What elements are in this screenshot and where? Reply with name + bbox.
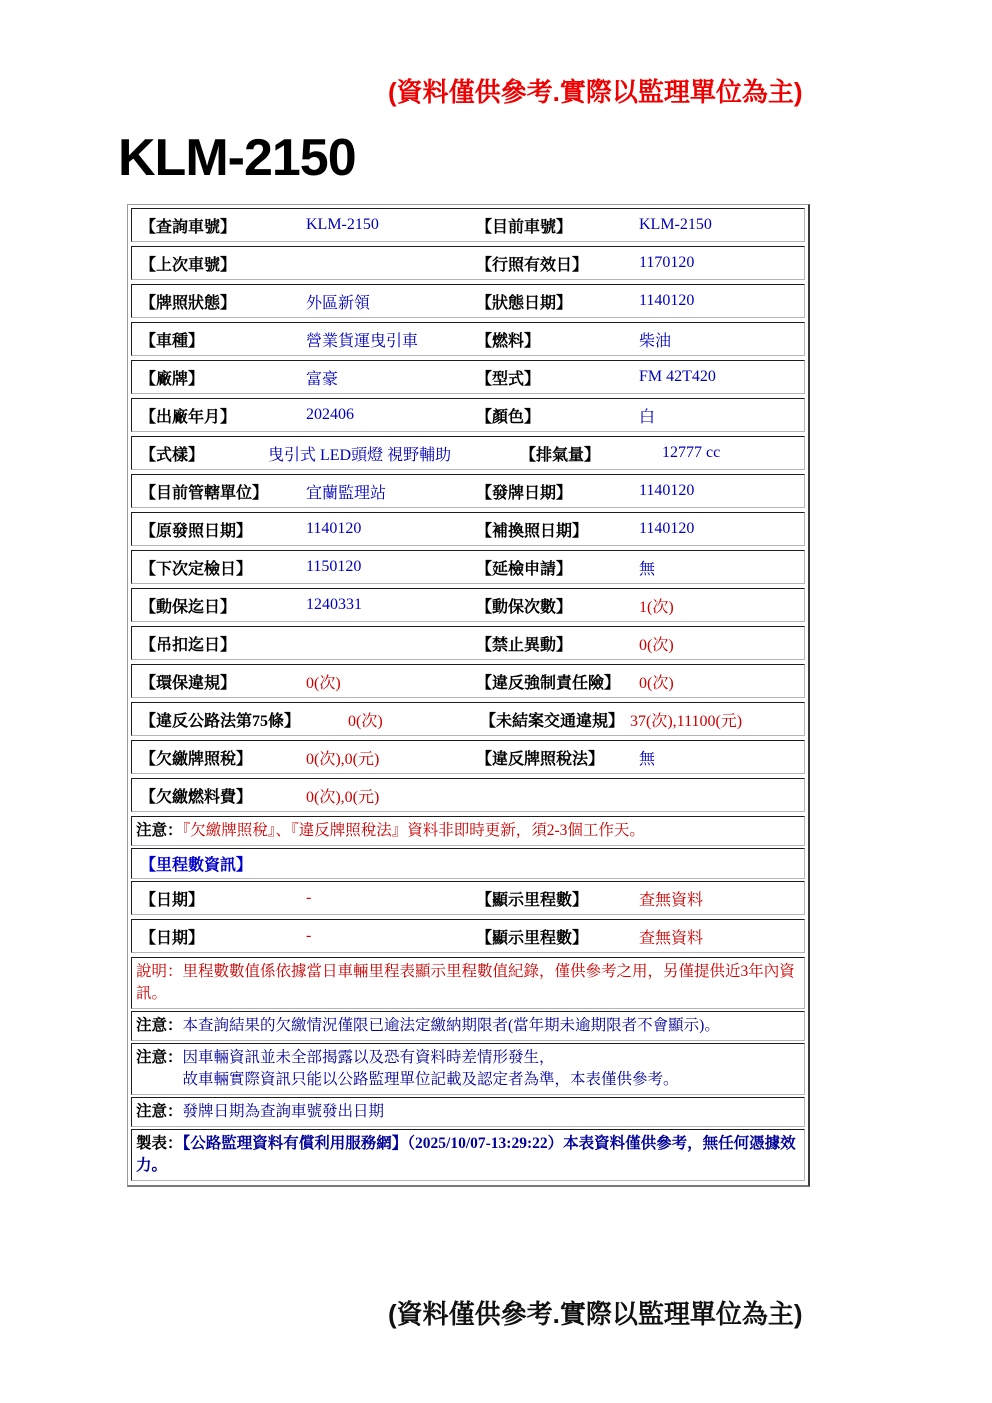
field-label: 【目前管轄單位】 (140, 480, 306, 503)
field-label: 【燃料】 (476, 328, 639, 351)
field-value: 1170120 (639, 254, 796, 272)
note-row: 製表：【公路監理資料有償利用服務網】（2025/10/07-13:29:22）本… (131, 1129, 805, 1181)
field-value: KLM-2150 (306, 216, 476, 234)
note-text: 本查詢結果的欠繳情況僅限已逾法定繳納期限者(當年期未逾期限者不會顯示)。 (183, 1017, 720, 1034)
table-row: 【欠繳燃料費】0(次),0(元) (131, 778, 805, 812)
field-value: 202406 (306, 406, 476, 424)
field-value: 曳引式 LED頭燈 視野輔助 (268, 442, 520, 465)
field-label: 【下次定檢日】 (140, 556, 306, 579)
field-value: 柴油 (639, 328, 796, 351)
field-label: 【欠繳燃料費】 (140, 784, 306, 807)
table-row: 【出廠年月】202406【顏色】白 (131, 398, 805, 432)
field-value: 無 (639, 746, 796, 769)
field-value: 1(次) (639, 594, 796, 617)
field-value: FM 42T420 (639, 368, 796, 386)
field-value: - (306, 889, 476, 907)
note-row: 說明：里程數數值係依據當日車輛里程表顯示里程數值紀錄，僅供參考之用，另僅提供近3… (131, 957, 805, 1009)
table-row: 【吊扣迄日】【禁止異動】0(次) (131, 626, 805, 660)
field-value: 1140120 (639, 482, 796, 500)
table-row: 【下次定檢日】1150120【延檢申請】無 (131, 550, 805, 584)
note-prefix: 說明： (136, 963, 183, 980)
table-row: 【欠繳牌照稅】0(次),0(元)【違反牌照稅法】無 (131, 740, 805, 774)
field-label: 【欠繳牌照稅】 (140, 746, 306, 769)
table-row: 【日期】-【顯示里程數】查無資料 (131, 881, 805, 915)
note-text: 『欠繳牌照稅』、『違反牌照稅法』資料非即時更新，須2-3個工作天。 (183, 822, 645, 839)
table-row: 【違反公路法第75條】0(次)【未結案交通違規】37(次),11100(元) (131, 702, 805, 736)
field-value: 0(次) (639, 670, 796, 693)
field-label: 【查詢車號】 (140, 214, 306, 237)
field-value: 白 (639, 404, 796, 427)
field-label: 【狀態日期】 (476, 290, 639, 313)
field-label: 【出廠年月】 (140, 404, 306, 427)
note-row: 注意：本查詢結果的欠繳情況僅限已逾法定繳納期限者(當年期未逾期限者不會顯示)。 (131, 1011, 805, 1041)
field-value: 0(次) (306, 670, 476, 693)
field-value: 0(次),0(元) (306, 784, 476, 807)
field-value: 富豪 (306, 366, 476, 389)
table-row: 【日期】-【顯示里程數】查無資料 (131, 919, 805, 953)
field-value: 0(次),0(元) (306, 746, 476, 769)
note-prefix: 注意： (136, 1103, 183, 1120)
table-row: 【環保違規】0(次)【違反強制責任險】0(次) (131, 664, 805, 698)
field-label: 【發牌日期】 (476, 480, 639, 503)
field-value: 37(次),11100(元) (630, 708, 796, 731)
field-label: 【顏色】 (476, 404, 639, 427)
table-row: 【牌照狀態】外區新領【狀態日期】1140120 (131, 284, 805, 318)
field-value: 12777 cc (662, 444, 796, 462)
field-label: 【牌照狀態】 (140, 290, 306, 313)
field-value: KLM-2150 (639, 216, 796, 234)
field-label: 【動保迄日】 (140, 594, 306, 617)
field-value: 1140120 (306, 520, 476, 538)
table-row: 【式樣】曳引式 LED頭燈 視野輔助【排氣量】12777 cc (131, 436, 805, 470)
field-value: 1240331 (306, 596, 476, 614)
field-label: 【違反公路法第75條】 (140, 708, 348, 731)
table-row: 【車種】營業貨運曳引車【燃料】柴油 (131, 322, 805, 356)
table-row: 【目前管轄單位】宜蘭監理站【發牌日期】1140120 (131, 474, 805, 508)
table-row: 【原發照日期】1140120【補換照日期】1140120 (131, 512, 805, 546)
table-row: 【查詢車號】KLM-2150【目前車號】KLM-2150 (131, 208, 805, 242)
note-text: 【公路監理資料有償利用服務網】（2025/10/07-13:29:22）本表資料… (136, 1135, 796, 1174)
field-value: 宜蘭監理站 (306, 480, 476, 503)
field-label: 【型式】 (476, 366, 639, 389)
field-label: 【顯示里程數】 (476, 925, 639, 948)
field-label: 【動保次數】 (476, 594, 639, 617)
bottom-disclaimer: (資料僅供參考.實際以監理單位為主) (388, 1294, 888, 1331)
field-value: 營業貨運曳引車 (306, 328, 476, 351)
field-value: 0(次) (639, 632, 796, 655)
table-row: 【動保迄日】1240331【動保次數】1(次) (131, 588, 805, 622)
field-label: 【車種】 (140, 328, 306, 351)
field-label: 【顯示里程數】 (476, 887, 639, 910)
field-value: 查無資料 (639, 925, 796, 948)
field-label: 【日期】 (140, 887, 306, 910)
note-text: 因車輛資訊並未全部揭露以及恐有資料時差情形發生， 故車輛實際資訊只能以公路監理單… (136, 1049, 679, 1088)
note-text: 發牌日期為查詢車號發出日期 (183, 1103, 385, 1120)
table-row: 【廠牌】富豪【型式】FM 42T420 (131, 360, 805, 394)
field-value: 查無資料 (639, 887, 796, 910)
field-value: 0(次) (348, 708, 480, 731)
field-label: 【目前車號】 (476, 214, 639, 237)
note-row: 注意：『欠繳牌照稅』、『違反牌照稅法』資料非即時更新，須2-3個工作天。 (131, 816, 805, 846)
field-label: 【吊扣迄日】 (140, 632, 306, 655)
section-header-mileage: 【里程數資訊】 (131, 848, 805, 879)
field-label: 【行照有效日】 (476, 252, 639, 275)
field-label: 【禁止異動】 (476, 632, 639, 655)
table-row: 【上次車號】【行照有效日】1170120 (131, 246, 805, 280)
page-title: KLM-2150 (118, 128, 356, 188)
field-label: 【違反牌照稅法】 (476, 746, 639, 769)
note-row: 注意：因車輛資訊並未全部揭露以及恐有資料時差情形發生， 故車輛實際資訊只能以公路… (131, 1043, 805, 1095)
field-label: 【廠牌】 (140, 366, 306, 389)
field-label: 【原發照日期】 (140, 518, 306, 541)
note-prefix: 注意： (136, 822, 183, 839)
field-label: 【日期】 (140, 925, 306, 948)
note-prefix: 製表： (136, 1135, 183, 1152)
field-value: 1150120 (306, 558, 476, 576)
vehicle-info-panel: 【查詢車號】KLM-2150【目前車號】KLM-2150【上次車號】【行照有效日… (127, 204, 810, 1187)
field-label: 【延檢申請】 (476, 556, 639, 579)
field-label: 【排氣量】 (520, 442, 662, 465)
field-value: 1140120 (639, 292, 796, 310)
field-value: 1140120 (639, 520, 796, 538)
field-value: 無 (639, 556, 796, 579)
field-label: 【上次車號】 (140, 252, 306, 275)
field-label: 【式樣】 (140, 442, 268, 465)
field-label: 【環保違規】 (140, 670, 306, 693)
note-row: 注意：發牌日期為查詢車號發出日期 (131, 1097, 805, 1127)
field-label: 【違反強制責任險】 (476, 670, 639, 693)
field-label: 【未結案交通違規】 (480, 708, 630, 731)
note-text: 里程數數值係依據當日車輛里程表顯示里程數值紀錄，僅供參考之用，另僅提供近3年內資… (136, 963, 795, 1002)
note-prefix: 注意： (136, 1017, 183, 1034)
note-prefix: 注意： (136, 1049, 183, 1066)
top-disclaimer: (資料僅供參考.實際以監理單位為主) (388, 72, 888, 109)
field-value: - (306, 927, 476, 945)
field-value: 外區新領 (306, 290, 476, 313)
field-label: 【補換照日期】 (476, 518, 639, 541)
